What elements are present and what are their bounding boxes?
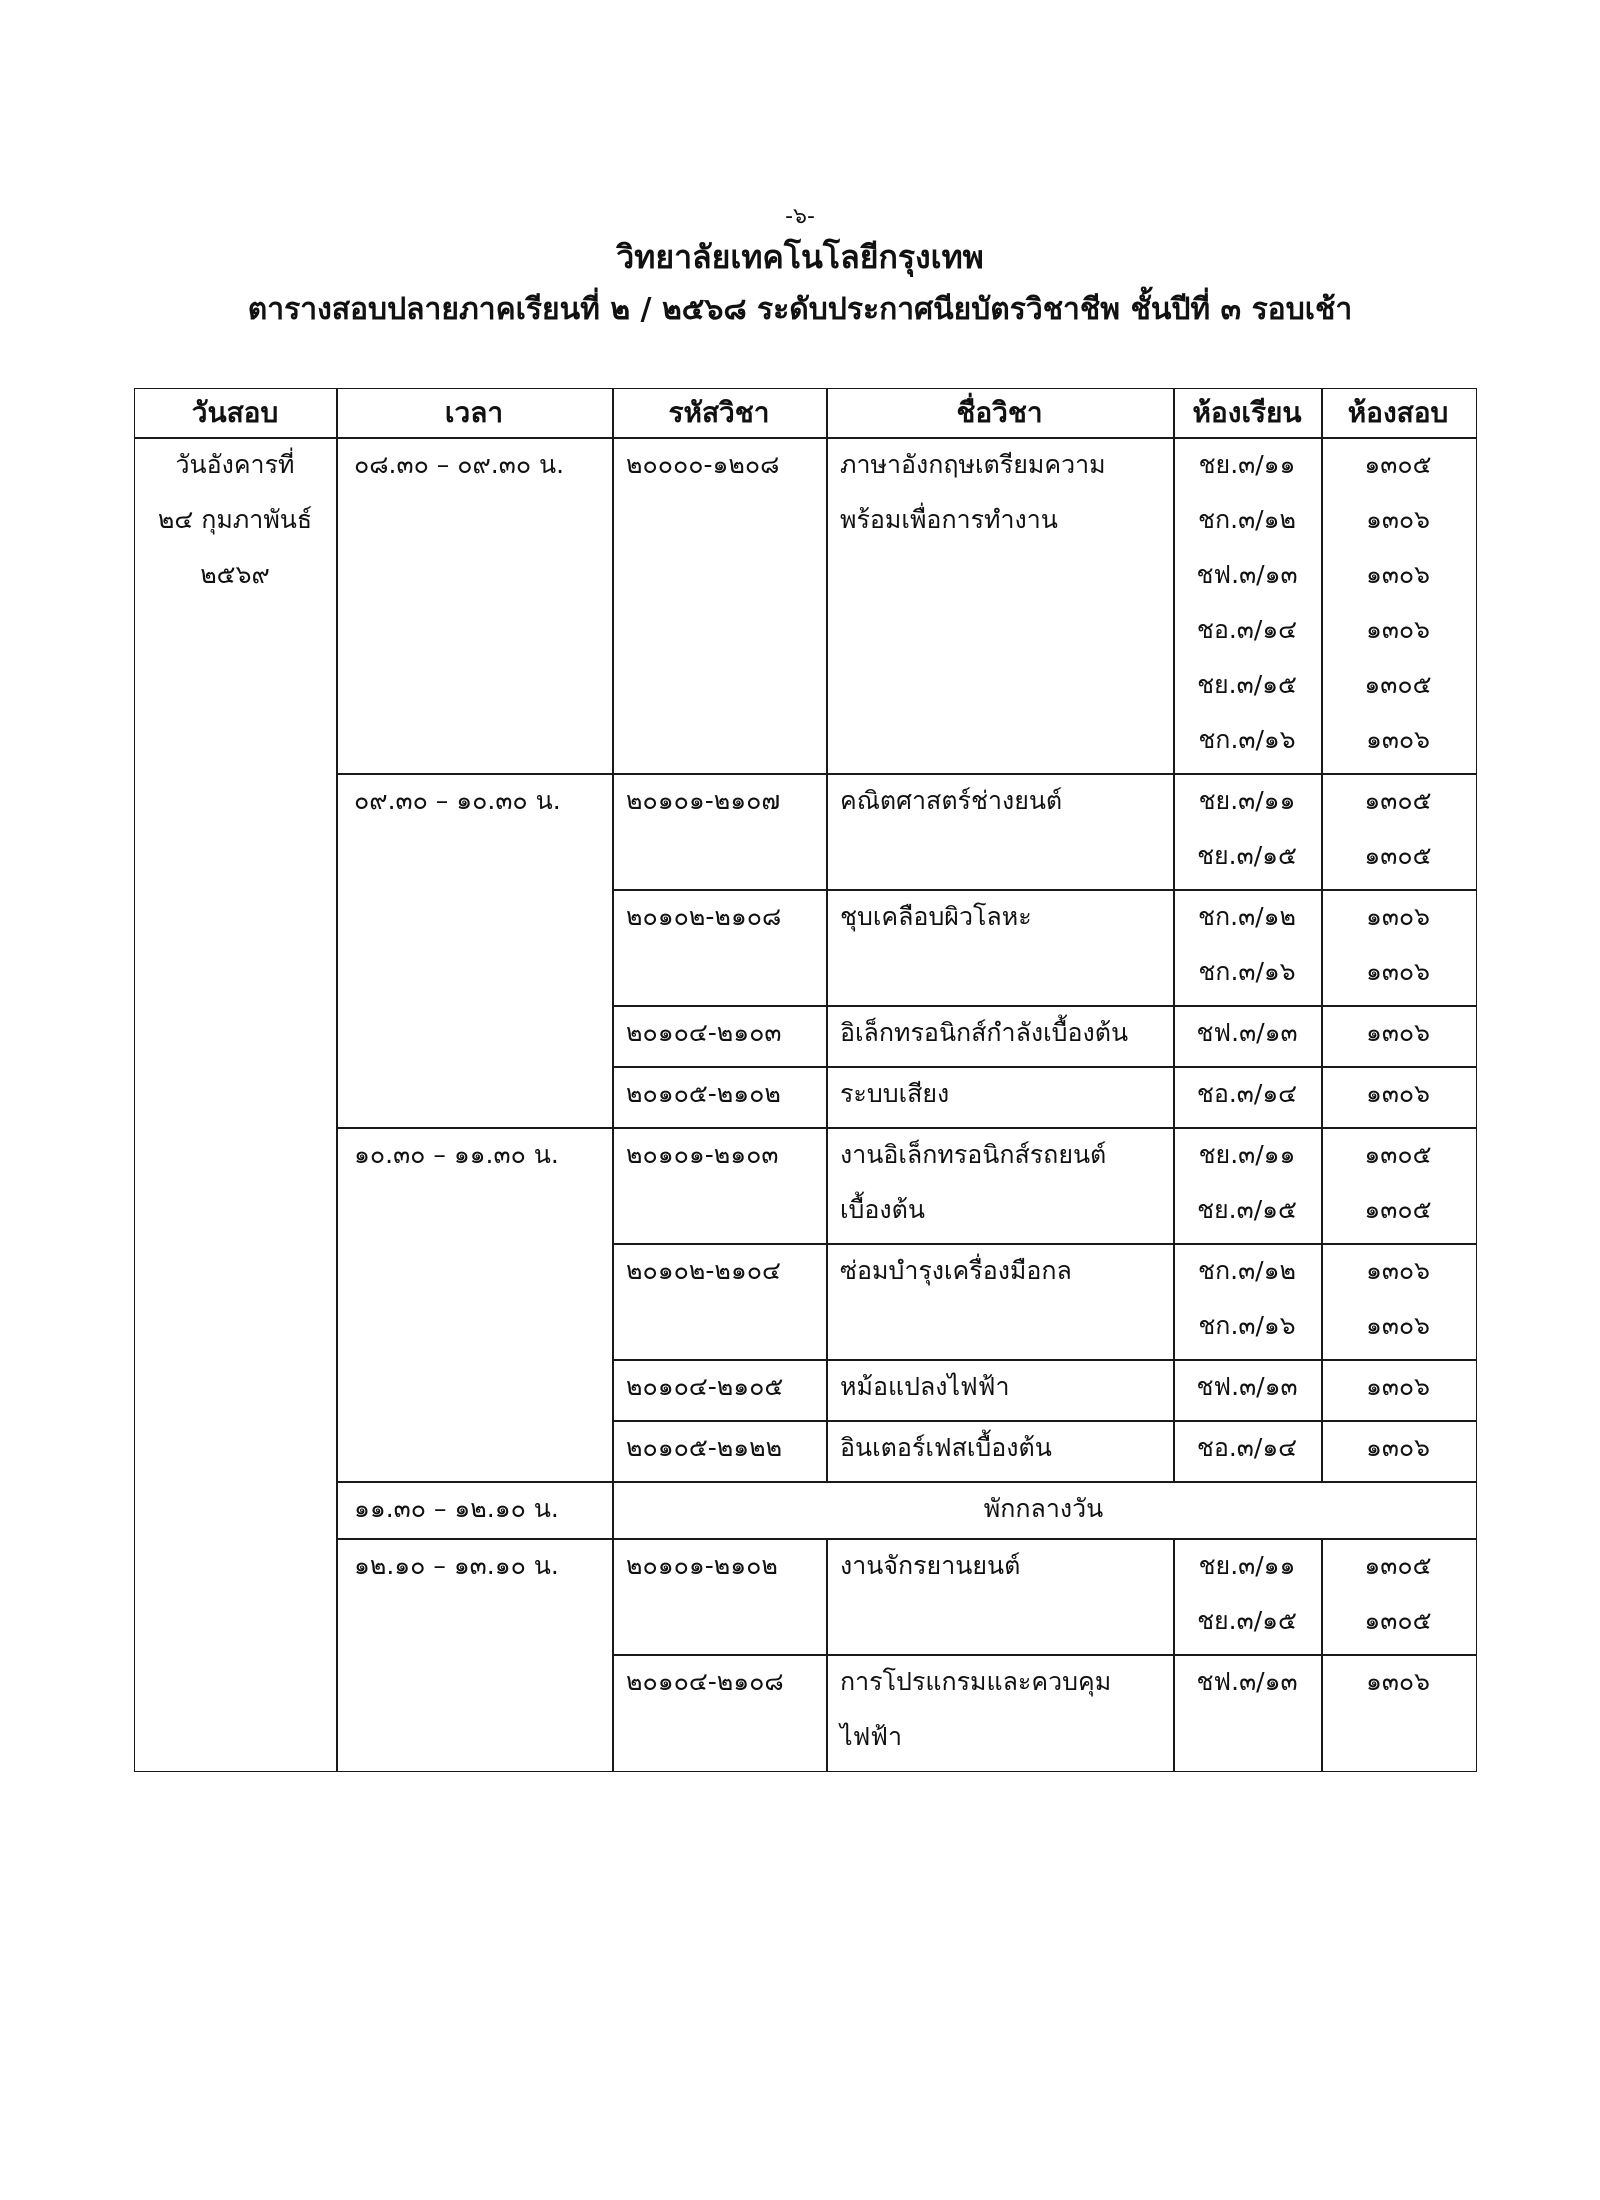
exam-room: ๑๓๐๕ <box>1321 1182 1475 1237</box>
subject-name: ชุบเคลือบผิวโลหะ <box>840 889 1032 944</box>
header-exam-date-label: วันสอบ <box>134 388 336 437</box>
classroom: ชย.๓/๑๕ <box>1173 1593 1321 1648</box>
subject-name: หม้อแปลงไฟฟ้า <box>840 1359 1010 1414</box>
subject-name: ซ่อมบำรุงเครื่องมือกล <box>840 1243 1072 1298</box>
time-slot-label: ๐๘.๓๐ – ๐๙.๓๐ น. <box>354 437 564 492</box>
classroom: ชอ.๓/๑๔ <box>1173 1420 1321 1475</box>
subject-name: ภาษาอังกฤษเตรียมความ <box>840 437 1106 492</box>
classroom: ชก.๓/๑๖ <box>1173 1298 1321 1353</box>
exam-room: ๑๓๐๖ <box>1321 1420 1475 1475</box>
classroom: ชฟ.๓/๑๓ <box>1173 1654 1321 1709</box>
classroom: ชย.๓/๑๑ <box>1173 437 1321 492</box>
classroom: ชก.๓/๑๒ <box>1173 1243 1321 1298</box>
institution-name: วิทยาลัยเทคโนโลยีกรุงเทพ <box>0 232 1600 283</box>
time-slot-label: ๑๒.๑๐ – ๑๓.๑๐ น. <box>354 1538 559 1593</box>
exam-room: ๑๓๐๕ <box>1321 1127 1475 1182</box>
exam-room: ๑๓๐๕ <box>1321 1538 1475 1593</box>
classroom: ชย.๓/๑๑ <box>1173 773 1321 828</box>
header-subject-name-label: ชื่อวิชา <box>826 388 1173 437</box>
subject-name: เบื้องต้น <box>840 1182 925 1237</box>
subject-code: ๒๐๑๐๕-๒๑๐๒ <box>626 1066 781 1121</box>
header-classroom-label: ห้องเรียน <box>1173 388 1321 437</box>
subject-code: ๒๐๑๐๔-๒๑๐๓ <box>626 1005 782 1060</box>
subject-name: ไฟฟ้า <box>840 1709 902 1764</box>
time-slot-label: ๑๑.๓๐ – ๑๒.๑๐ น. <box>354 1481 559 1536</box>
subject-name: งานอิเล็กทรอนิกส์รถยนต์ <box>840 1127 1106 1182</box>
exam-room: ๑๓๐๖ <box>1321 1066 1475 1121</box>
page-number: -๖- <box>0 198 1600 233</box>
exam-room: ๑๓๐๖ <box>1321 712 1475 767</box>
classroom: ชย.๓/๑๕ <box>1173 657 1321 712</box>
subject-code: ๒๐๑๐๑-๒๑๐๓ <box>626 1127 778 1182</box>
exam-room: ๑๓๐๖ <box>1321 1359 1475 1414</box>
classroom: ชอ.๓/๑๔ <box>1173 1066 1321 1121</box>
classroom: ชฟ.๓/๑๓ <box>1173 1005 1321 1060</box>
lunch-break-label: พักกลางวัน <box>612 1481 1475 1536</box>
subject-name: งานจักรยานยนต์ <box>840 1538 1020 1593</box>
subject-code: ๒๐๐๐๐-๑๒๐๘ <box>626 437 779 492</box>
subject-name: การโปรแกรมและควบคุม <box>840 1654 1111 1709</box>
exam-room: ๑๓๐๖ <box>1321 547 1475 602</box>
classroom: ชย.๓/๑๑ <box>1173 1538 1321 1593</box>
exam-room: ๑๓๐๖ <box>1321 1243 1475 1298</box>
classroom: ชฟ.๓/๑๓ <box>1173 547 1321 602</box>
exam-room: ๑๓๐๖ <box>1321 944 1475 999</box>
exam-room: ๑๓๐๕ <box>1321 773 1475 828</box>
subject-name: พร้อมเพื่อการทำงาน <box>840 492 1058 547</box>
subject-code: ๒๐๑๐๒-๒๑๐๔ <box>626 1243 781 1298</box>
subject-code: ๒๐๑๐๑-๒๑๐๒ <box>626 1538 778 1593</box>
exam-room: ๑๓๐๖ <box>1321 492 1475 547</box>
classroom: ชย.๓/๑๑ <box>1173 1127 1321 1182</box>
exam-room: ๑๓๐๖ <box>1321 889 1475 944</box>
exam-date-line: วันอังคารที่ <box>134 437 336 492</box>
classroom: ชย.๓/๑๕ <box>1173 828 1321 883</box>
exam-room: ๑๓๐๖ <box>1321 1005 1475 1060</box>
exam-schedule-table: วันสอบเวลารหัสวิชาชื่อวิชาห้องเรียนห้องส… <box>134 388 1475 1772</box>
exam-room: ๑๓๐๖ <box>1321 1298 1475 1353</box>
time-slot-label: ๐๙.๓๐ – ๑๐.๓๐ น. <box>354 773 561 828</box>
exam-date-line: ๒๕๖๙ <box>134 547 336 602</box>
exam-room: ๑๓๐๕ <box>1321 437 1475 492</box>
classroom: ชก.๓/๑๖ <box>1173 944 1321 999</box>
time-slot-label: ๑๐.๓๐ – ๑๑.๓๐ น. <box>354 1127 559 1182</box>
schedule-title: ตารางสอบปลายภาคเรียนที่ ๒ / ๒๕๖๘ ระดับปร… <box>0 286 1600 333</box>
subject-code: ๒๐๑๐๕-๒๑๒๒ <box>626 1420 782 1475</box>
subject-code: ๒๐๑๐๔-๒๑๐๘ <box>626 1654 784 1709</box>
exam-room: ๑๓๐๖ <box>1321 602 1475 657</box>
exam-date-line: ๒๔ กุมภาพันธ์ <box>134 492 336 547</box>
subject-code: ๒๐๑๐๔-๒๑๐๕ <box>626 1359 783 1414</box>
exam-room: ๑๓๐๕ <box>1321 657 1475 712</box>
subject-name: อินเตอร์เฟสเบื้องต้น <box>840 1420 1052 1475</box>
subject-code: ๒๐๑๐๒-๒๑๐๘ <box>626 889 781 944</box>
classroom: ชก.๓/๑๒ <box>1173 889 1321 944</box>
exam-room: ๑๓๐๕ <box>1321 828 1475 883</box>
classroom: ชอ.๓/๑๔ <box>1173 602 1321 657</box>
classroom: ชย.๓/๑๕ <box>1173 1182 1321 1237</box>
classroom: ชฟ.๓/๑๓ <box>1173 1359 1321 1414</box>
header-exam-room-label: ห้องสอบ <box>1321 388 1475 437</box>
subject-name: ระบบเสียง <box>840 1066 949 1121</box>
header-subject-code-label: รหัสวิชา <box>612 388 826 437</box>
exam-room: ๑๓๐๕ <box>1321 1593 1475 1648</box>
exam-room: ๑๓๐๖ <box>1321 1654 1475 1709</box>
exam-date-cell <box>134 437 338 1772</box>
subject-code: ๒๐๑๐๑-๒๑๐๗ <box>626 773 780 828</box>
classroom: ชก.๓/๑๒ <box>1173 492 1321 547</box>
subject-name: คณิตศาสตร์ช่างยนต์ <box>840 773 1062 828</box>
subject-name: อิเล็กทรอนิกส์กำลังเบื้องต้น <box>840 1005 1128 1060</box>
classroom: ชก.๓/๑๖ <box>1173 712 1321 767</box>
header-time-label: เวลา <box>336 388 612 437</box>
